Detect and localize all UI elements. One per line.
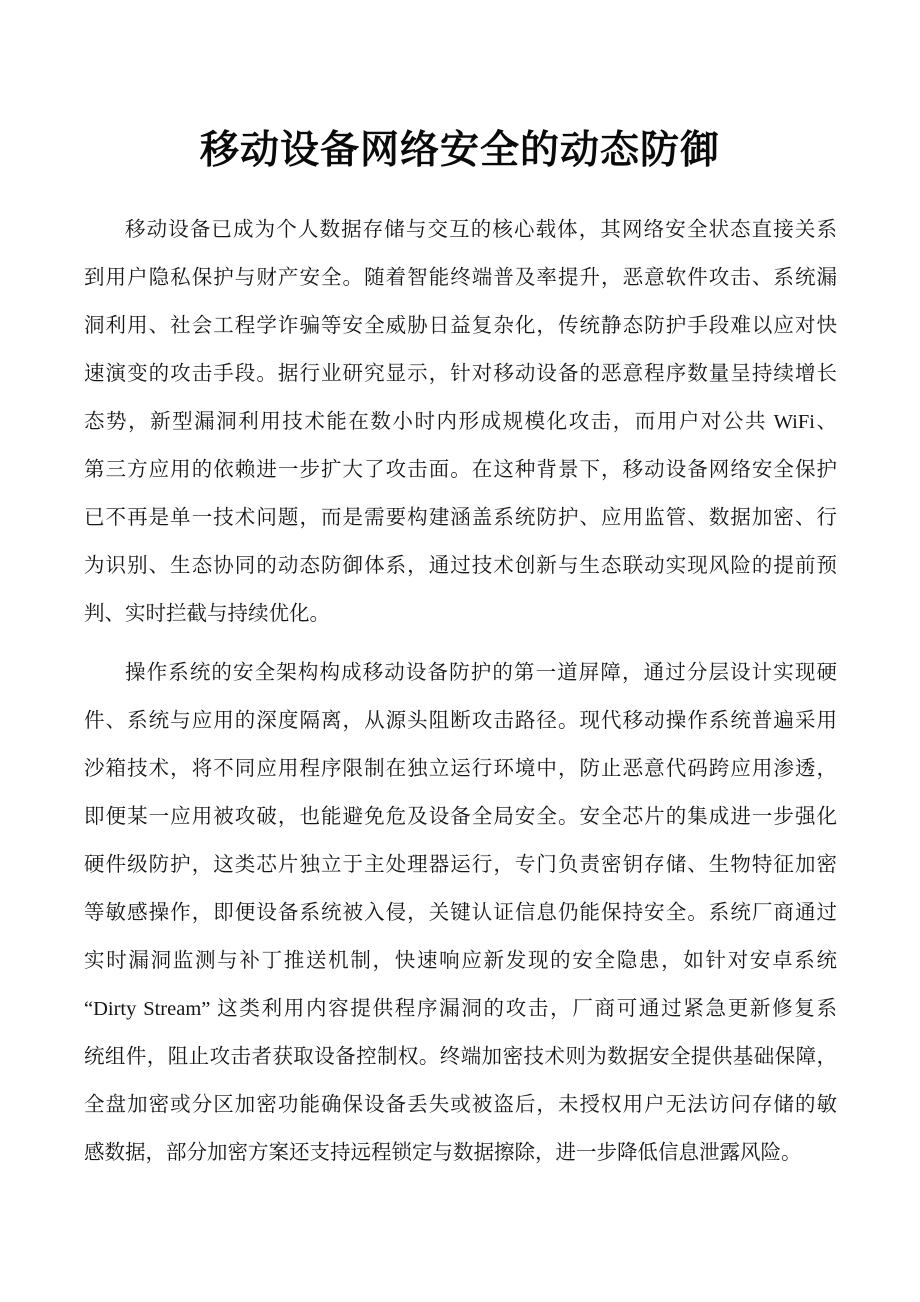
text-line: 全盘加密或分区加密功能确保设备丢失或被盗后，未授权用户无法访问存储的敏 (84, 1081, 837, 1129)
text-line: 统组件，阻止攻击者获取设备控制权。终端加密技术则为数据安全提供基础保障， (84, 1033, 837, 1081)
paragraph-intro: 移动设备已成为个人数据存储与交互的核心载体，其网络安全状态直接关系到用户隐私保护… (84, 206, 837, 638)
text-line: 洞利用、社会工程学诈骗等安全威胁日益复杂化，传统静态防护手段难以应对快 (84, 302, 837, 350)
document-body: 移动设备已成为个人数据存储与交互的核心载体，其网络安全状态直接关系到用户隐私保护… (84, 206, 837, 1177)
text-line: 感数据，部分加密方案还支持远程锁定与数据擦除，进一步降低信息泄露风险。 (84, 1129, 837, 1177)
text-line: 速演变的攻击手段。据行业研究显示，针对移动设备的恶意程序数量呈持续增长 (84, 350, 837, 398)
text-line: 态势，新型漏洞利用技术能在数小时内形成规模化攻击，而用户对公共 WiFi、 (84, 398, 837, 446)
text-line: 移动设备已成为个人数据存储与交互的核心载体，其网络安全状态直接关系 (84, 206, 837, 254)
text-line: 实时漏洞监测与补丁推送机制，快速响应新发现的安全隐患，如针对安卓系统 (84, 937, 837, 985)
text-line: 第三方应用的依赖进一步扩大了攻击面。在这种背景下，移动设备网络安全保护 (84, 446, 837, 494)
text-line: 沙箱技术，将不同应用程序限制在独立运行环境中，防止恶意代码跨应用渗透， (84, 745, 837, 793)
text-line: 为识别、生态协同的动态防御体系，通过技术创新与生态联动实现风险的提前预 (84, 542, 837, 590)
text-line: 操作系统的安全架构构成移动设备防护的第一道屏障，通过分层设计实现硬 (84, 649, 837, 697)
document-title: 移动设备网络安全的动态防御 (0, 127, 920, 175)
text-line: 硬件级防护，这类芯片独立于主处理器运行，专门负责密钥存储、生物特征加密 (84, 841, 837, 889)
text-line: 等敏感操作，即便设备系统被入侵，关键认证信息仍能保持安全。系统厂商通过 (84, 889, 837, 937)
text-line: 判、实时拦截与持续优化。 (84, 590, 837, 638)
text-line: 即便某一应用被攻破，也能避免危及设备全局安全。安全芯片的集成进一步强化 (84, 793, 837, 841)
text-line: 已不再是单一技术问题，而是需要构建涵盖系统防护、应用监管、数据加密、行 (84, 494, 837, 542)
text-line: 到用户隐私保护与财产安全。随着智能终端普及率提升，恶意软件攻击、系统漏 (84, 254, 837, 302)
document-page: 移动设备网络安全的动态防御 移动设备已成为个人数据存储与交互的核心载体，其网络安… (0, 0, 920, 1302)
text-line: “Dirty Stream” 这类利用内容提供程序漏洞的攻击，厂商可通过紧急更新… (84, 985, 837, 1033)
paragraph-os-security: 操作系统的安全架构构成移动设备防护的第一道屏障，通过分层设计实现硬件、系统与应用… (84, 649, 837, 1177)
text-line: 件、系统与应用的深度隔离，从源头阻断攻击路径。现代移动操作系统普遍采用 (84, 697, 837, 745)
